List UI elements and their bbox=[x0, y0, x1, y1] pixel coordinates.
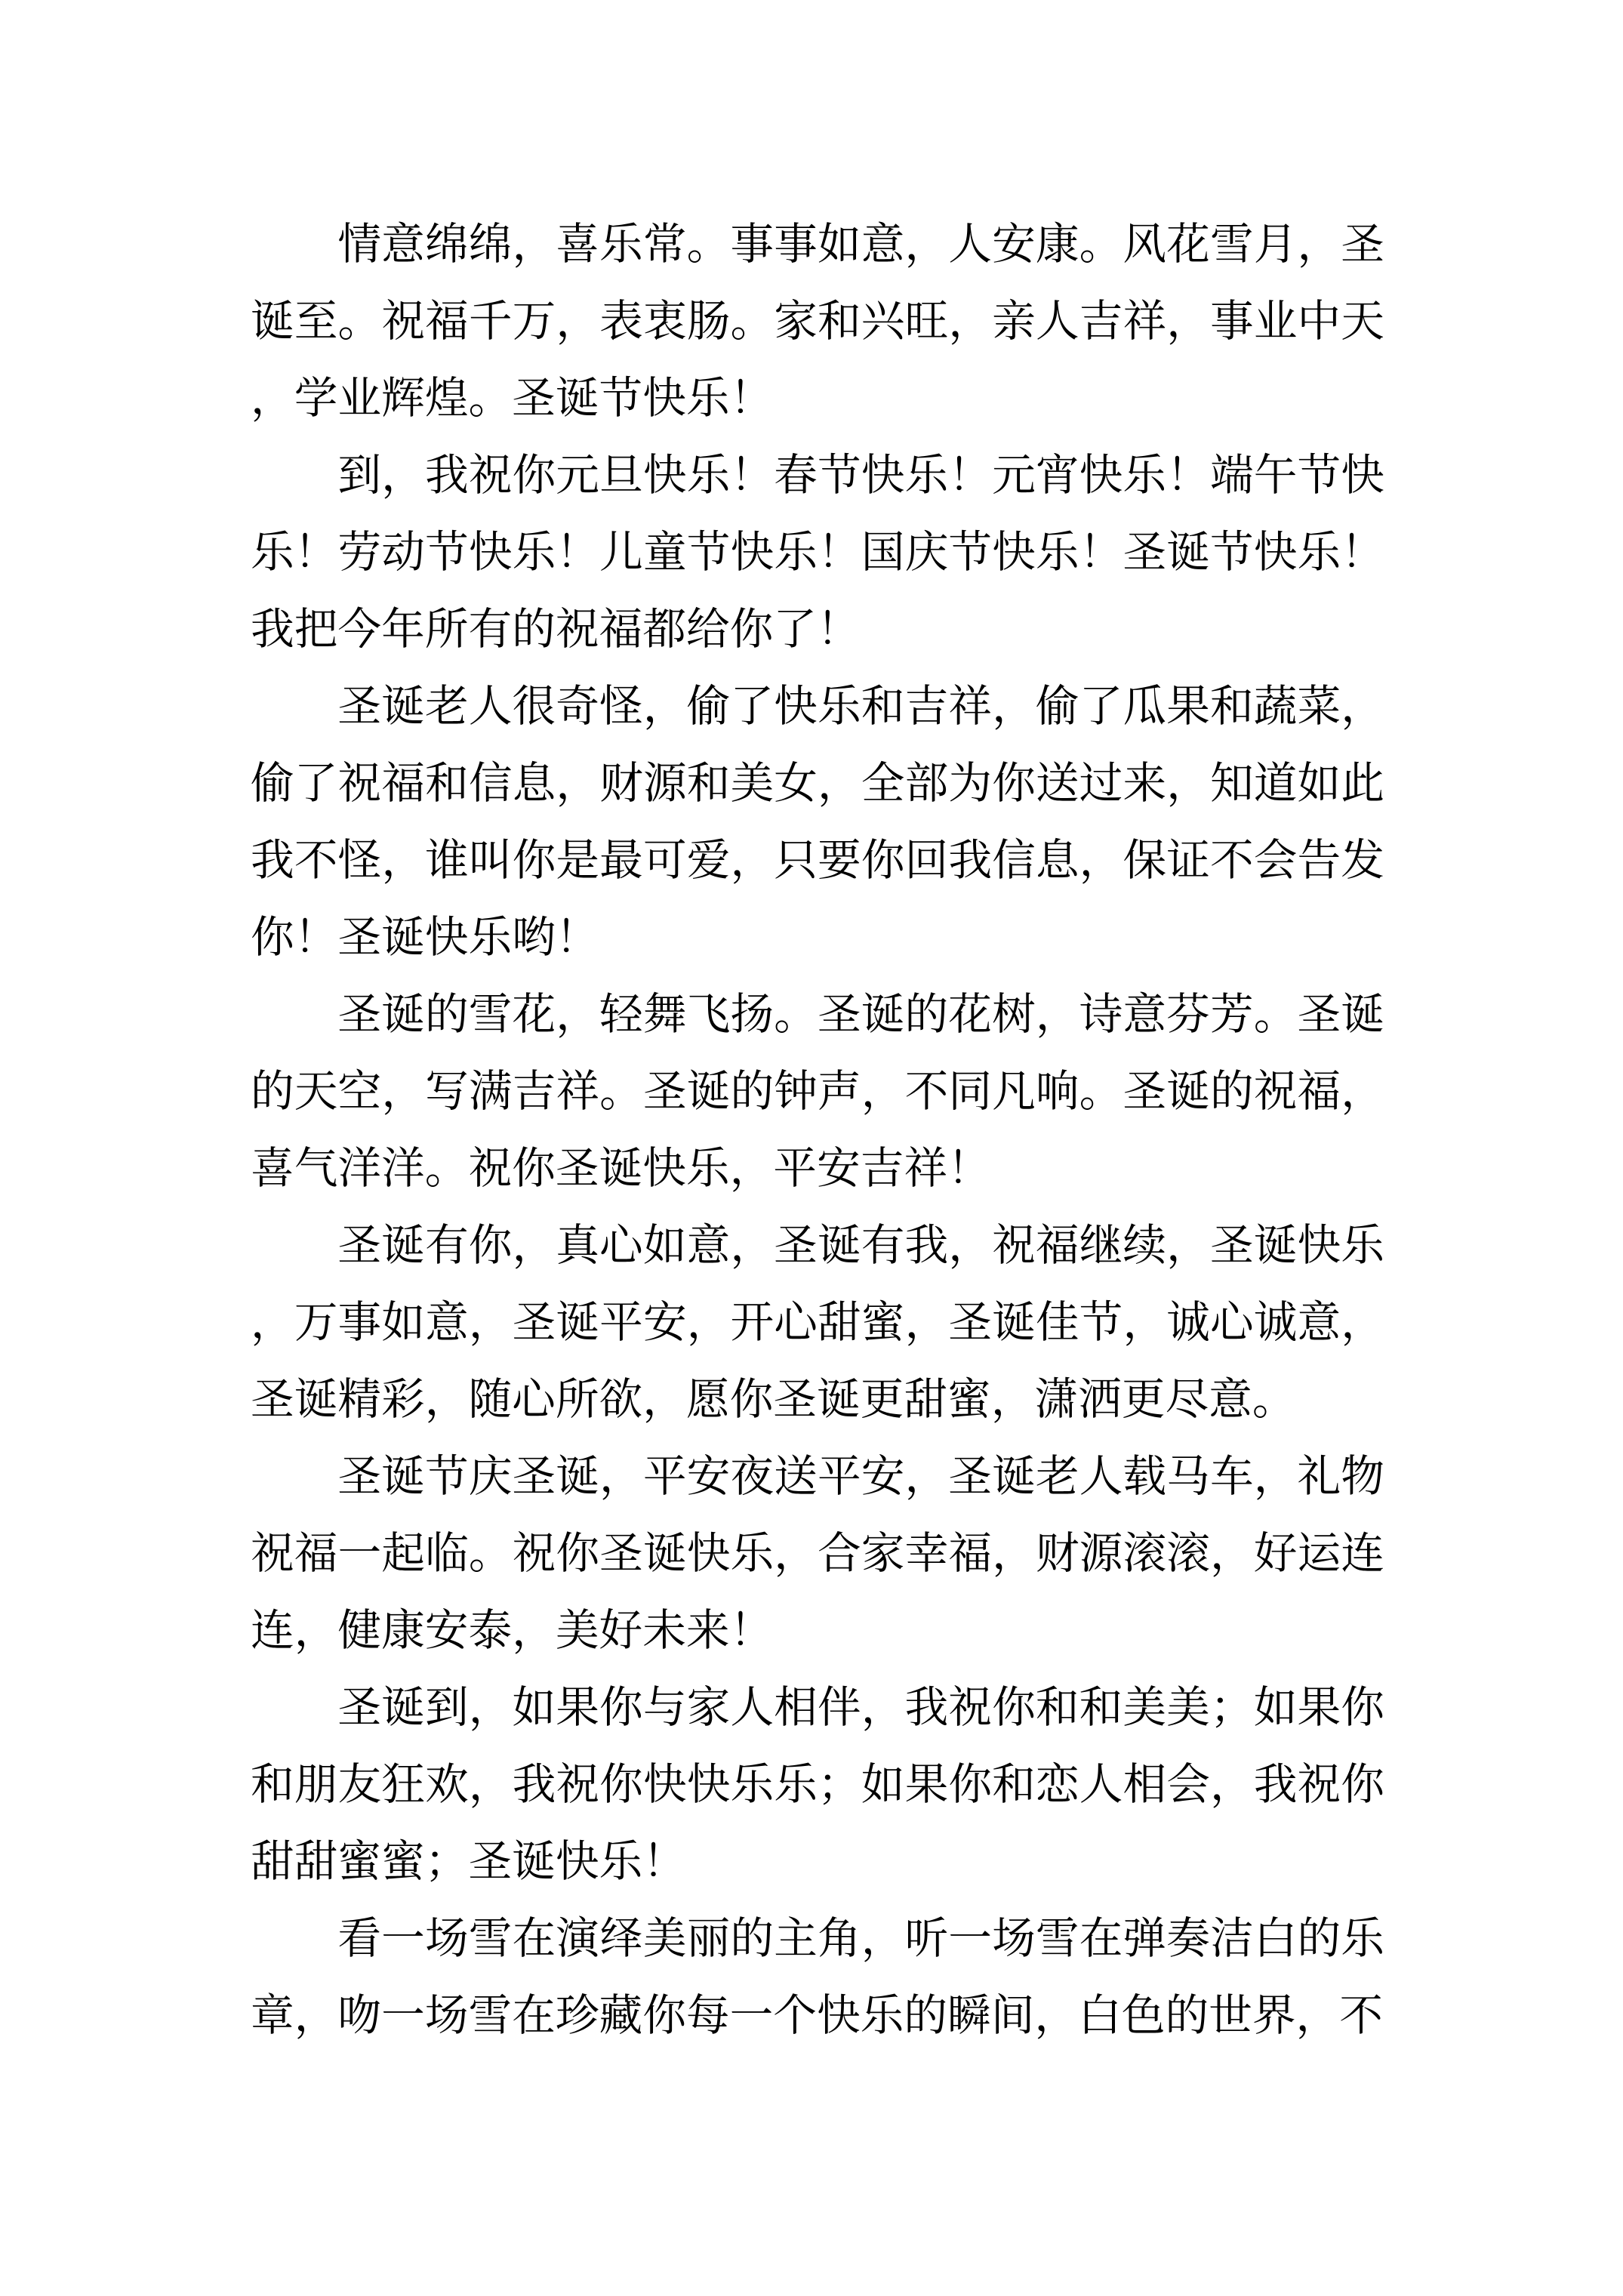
paragraph: 到，我祝你元旦快乐！春节快乐！元宵快乐！端午节快乐！劳动节快乐！儿童节快乐！国庆… bbox=[251, 436, 1384, 667]
paragraph: 情意绵绵，喜乐常。事事如意，人安康。风花雪月，圣诞至。祝福千万，表衷肠。家和兴旺… bbox=[251, 205, 1384, 436]
paragraph: 圣诞的雪花，轻舞飞扬。圣诞的花树，诗意芬芳。圣诞的天空，写满吉祥。圣诞的钟声，不… bbox=[251, 975, 1384, 1207]
paragraph: 圣诞到，如果你与家人相伴，我祝你和和美美；如果你和朋友狂欢，我祝你快快乐乐；如果… bbox=[251, 1669, 1384, 1900]
paragraph: 圣诞有你，真心如意，圣诞有我，祝福继续，圣诞快乐，万事如意，圣诞平安，开心甜蜜，… bbox=[251, 1207, 1384, 1438]
paragraph: 圣诞老人很奇怪，偷了快乐和吉祥，偷了瓜果和蔬菜，偷了祝福和信息，财源和美女，全部… bbox=[251, 667, 1384, 975]
paragraph: 圣诞节庆圣诞，平安夜送平安，圣诞老人载马车，礼物祝福一起临。祝你圣诞快乐，合家幸… bbox=[251, 1438, 1384, 1669]
paragraph: 看一场雪在演绎美丽的主角，听一场雪在弹奏洁白的乐章，吻一场雪在珍藏你每一个快乐的… bbox=[251, 1900, 1384, 2054]
document-page: 情意绵绵，喜乐常。事事如意，人安康。风花雪月，圣诞至。祝福千万，表衷肠。家和兴旺… bbox=[251, 205, 1384, 2054]
